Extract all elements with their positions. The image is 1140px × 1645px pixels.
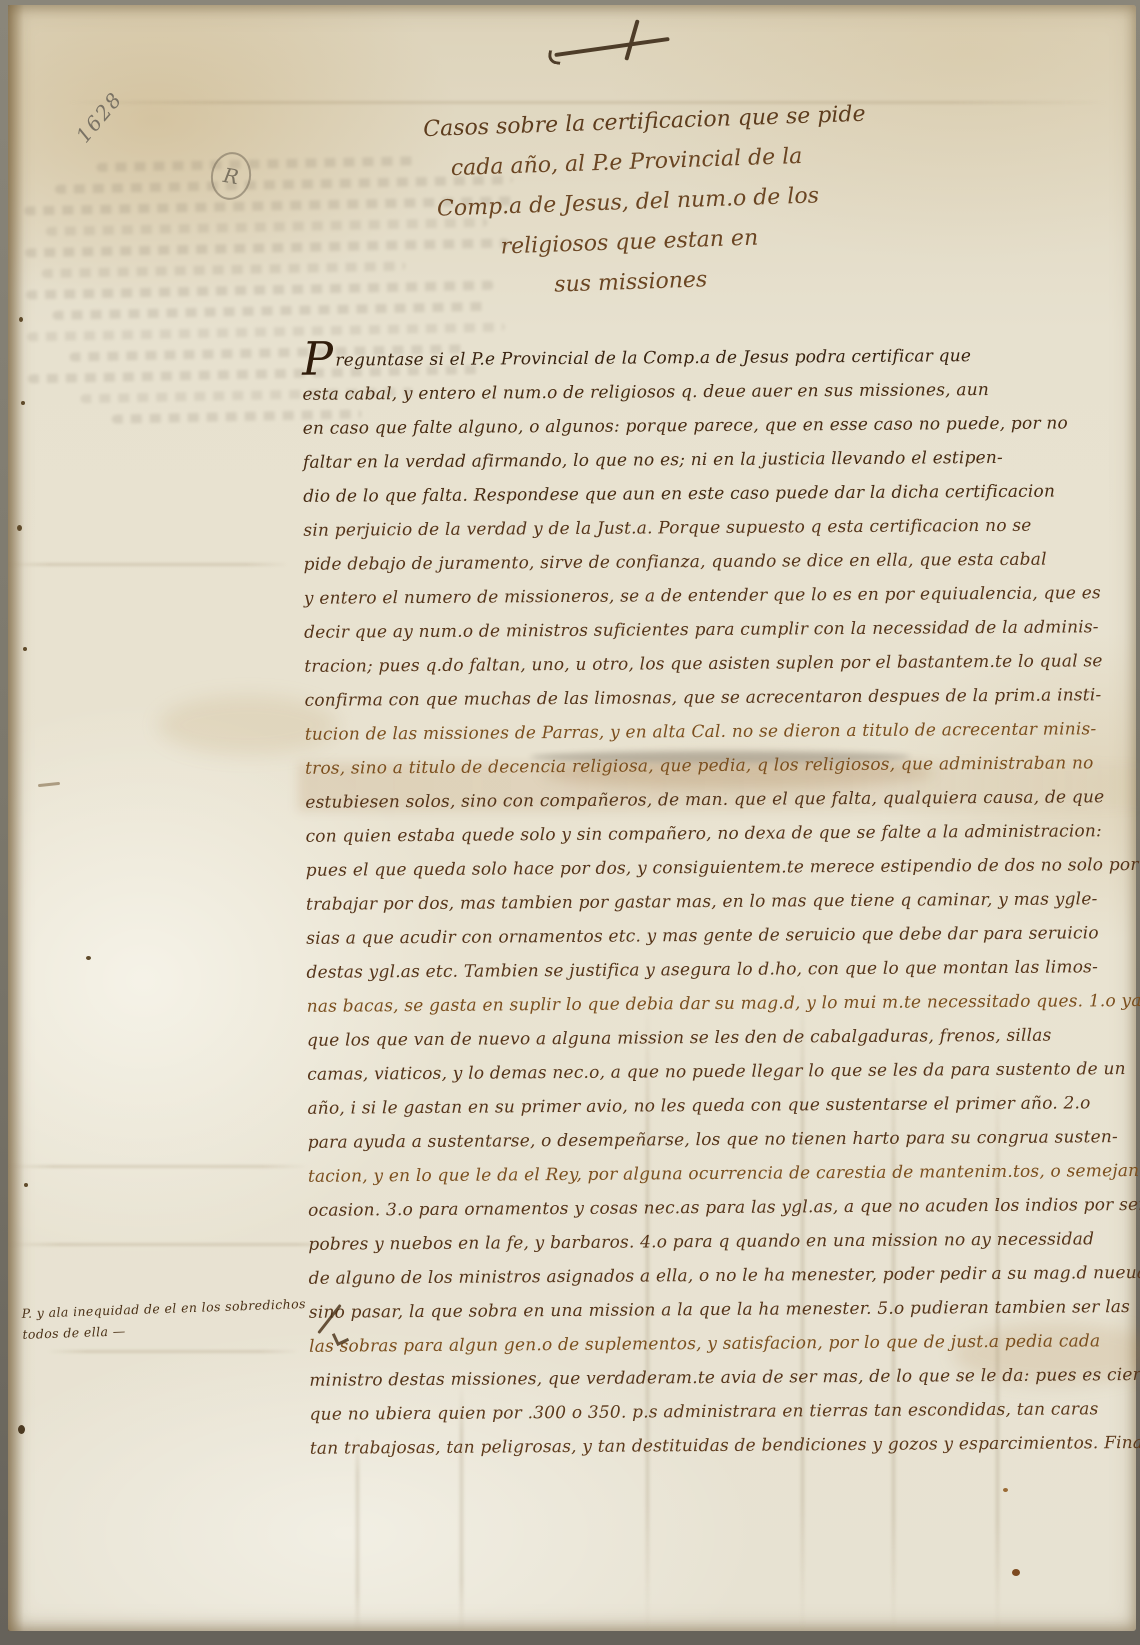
title-line: Casos sobre la certificacion que se pide bbox=[423, 96, 828, 150]
bleedthrough-line bbox=[24, 196, 513, 215]
cross-stroke bbox=[547, 50, 562, 65]
body-line: que los que van de nuevo a alguna missio… bbox=[307, 1018, 1107, 1058]
bleedthrough-line bbox=[27, 322, 505, 341]
margin-note-line: todos de ella — bbox=[22, 1312, 363, 1345]
ink-speck bbox=[1012, 1569, 1020, 1576]
body-line: pues el que queda solo hace por dos, y c… bbox=[306, 848, 1106, 888]
manuscript-page: 1628 R Casos sobre la certificacion que … bbox=[8, 5, 1136, 1631]
bleedthrough-line bbox=[69, 344, 464, 361]
body-line: año, i si le gastan en su primer avio, n… bbox=[307, 1086, 1107, 1126]
bleedthrough-line bbox=[28, 365, 480, 383]
body-line: que no ubiera quien por .300 o 350. p.s … bbox=[309, 1392, 1109, 1432]
margin-note: P. y ala inequidad de el en los sobredic… bbox=[21, 1291, 362, 1345]
fold-crease bbox=[68, 101, 1108, 104]
body-line: tan trabajosas, tan peligrosas, y tan de… bbox=[310, 1426, 1110, 1466]
bleedthrough-line bbox=[112, 409, 362, 423]
fold-crease bbox=[8, 1243, 348, 1246]
insertion-arrow-icon bbox=[332, 1329, 349, 1346]
ink-speck bbox=[19, 317, 23, 322]
body-line: tracion; pues q.do faltan, uno, u otro, … bbox=[304, 644, 1104, 684]
fold-crease bbox=[460, 1385, 463, 1631]
body-line: de alguno de los ministros asignados a e… bbox=[309, 1256, 1109, 1296]
body-line: tacion, y en lo que le da el Rey, por al… bbox=[308, 1154, 1108, 1194]
body-line: ministro destas missiones, que verdadera… bbox=[309, 1358, 1109, 1398]
body-line: con quien estaba quede solo y sin compañ… bbox=[305, 814, 1105, 854]
stain bbox=[298, 763, 1138, 811]
body-line: pide debajo de juramento, sirve de confi… bbox=[304, 542, 1104, 582]
body-line: camas, viaticos, y lo demas nec.o, a que… bbox=[307, 1052, 1107, 1092]
fold-crease bbox=[996, 1085, 999, 1631]
body-line: destas ygl.as etc. Tambien se justifica … bbox=[306, 950, 1106, 990]
title-line: religiosos que estan en bbox=[427, 216, 832, 270]
fold-crease bbox=[892, 1055, 895, 1631]
body-line: confirma con que muchas de las limosnas,… bbox=[304, 678, 1104, 718]
cross-stroke bbox=[554, 37, 669, 57]
body-text: Preguntase si el P.e Provincial de la Co… bbox=[302, 338, 1110, 1466]
ink-speck bbox=[18, 1425, 25, 1434]
stain bbox=[543, 755, 933, 789]
ink-speck bbox=[17, 525, 22, 531]
fold-crease bbox=[356, 1435, 359, 1631]
title-line: cada año, al P.e Provincial de la bbox=[424, 136, 829, 190]
cross-mark-icon bbox=[548, 19, 680, 71]
body-line: sin perjuicio de la verdad y de la Just.… bbox=[303, 508, 1103, 548]
registry-mark: R bbox=[207, 149, 255, 203]
body-line: trabajar por dos, mas tambien por gastar… bbox=[306, 882, 1106, 922]
body-line: pobres y nuebos en la fe, y barbaros. 4.… bbox=[308, 1222, 1108, 1262]
fold-crease bbox=[646, 1005, 649, 1631]
bleedthrough-text bbox=[23, 142, 553, 623]
bleedthrough-line bbox=[45, 218, 487, 236]
graphite-smudge bbox=[530, 751, 910, 763]
body-line: sino pasar, la que sobra en una mission … bbox=[309, 1290, 1109, 1330]
page-binding-edge bbox=[8, 5, 24, 1631]
fold-crease bbox=[48, 1350, 298, 1353]
body-line: sias a que acudir con ornamentos etc. y … bbox=[306, 916, 1106, 956]
bleedthrough-line bbox=[96, 156, 419, 172]
body-line: dio de lo que falta. Respondese que aun … bbox=[303, 474, 1103, 514]
ink-speck bbox=[1003, 1488, 1008, 1492]
title-line: sus missiones bbox=[428, 256, 833, 310]
body-line: en caso que falte alguno, o algunos: por… bbox=[303, 406, 1103, 446]
body-line: tucion de las missiones de Parras, y en … bbox=[305, 712, 1105, 752]
bleedthrough-line bbox=[25, 238, 509, 257]
ink-speck bbox=[86, 956, 91, 960]
ink-speck bbox=[24, 1183, 28, 1187]
body-line: y entero el numero de missioneros, se a … bbox=[304, 576, 1104, 616]
body-line: faltar en la verdad afirmando, lo que no… bbox=[303, 440, 1103, 480]
title-block: Casos sobre la certificacion que se pide… bbox=[423, 96, 834, 310]
body-line: esta cabal, y entero el num.o de religio… bbox=[302, 372, 1102, 412]
bleedthrough-line bbox=[80, 387, 413, 403]
bleedthrough-line bbox=[52, 302, 489, 320]
bleedthrough-line bbox=[26, 281, 494, 300]
cross-stroke bbox=[624, 19, 639, 60]
ink-speck bbox=[23, 647, 27, 651]
fold-crease bbox=[801, 985, 804, 1631]
body-line: Preguntase si el P.e Provincial de la Co… bbox=[302, 338, 1102, 378]
registry-mark-letter: R bbox=[221, 163, 240, 189]
ink-speck bbox=[21, 401, 25, 405]
bleedthrough-line bbox=[41, 262, 405, 279]
body-line: ocasion. 3.o para ornamentos y cosas nec… bbox=[308, 1188, 1108, 1228]
body-line: las sobras para algun gen.o de suplement… bbox=[309, 1324, 1109, 1364]
insertion-arrow-icon bbox=[317, 1304, 342, 1334]
margin-note-line: P. y ala inequidad de el en los sobredic… bbox=[21, 1291, 362, 1324]
fold-crease bbox=[8, 563, 288, 566]
body-line: decir que ay num.o de ministros suficien… bbox=[304, 610, 1104, 650]
fold-crease bbox=[8, 1165, 308, 1168]
body-line: para ayuda a sustentarse, o desempeñarse… bbox=[308, 1120, 1108, 1160]
bleedthrough-line bbox=[55, 175, 513, 194]
body-line: estubiesen solos, sino con compañeros, d… bbox=[305, 780, 1105, 820]
body-line: nas bacas, se gasta en suplir lo que deb… bbox=[307, 984, 1107, 1024]
stain bbox=[158, 695, 338, 755]
title-line: Comp.a de Jesus, del num.o de los bbox=[425, 176, 830, 230]
year-annotation: 1628 bbox=[71, 71, 141, 148]
stain bbox=[953, 1323, 1140, 1385]
body-line: tros, sino a titulo de decencia religios… bbox=[305, 746, 1105, 786]
margin-dash-mark bbox=[38, 782, 60, 787]
